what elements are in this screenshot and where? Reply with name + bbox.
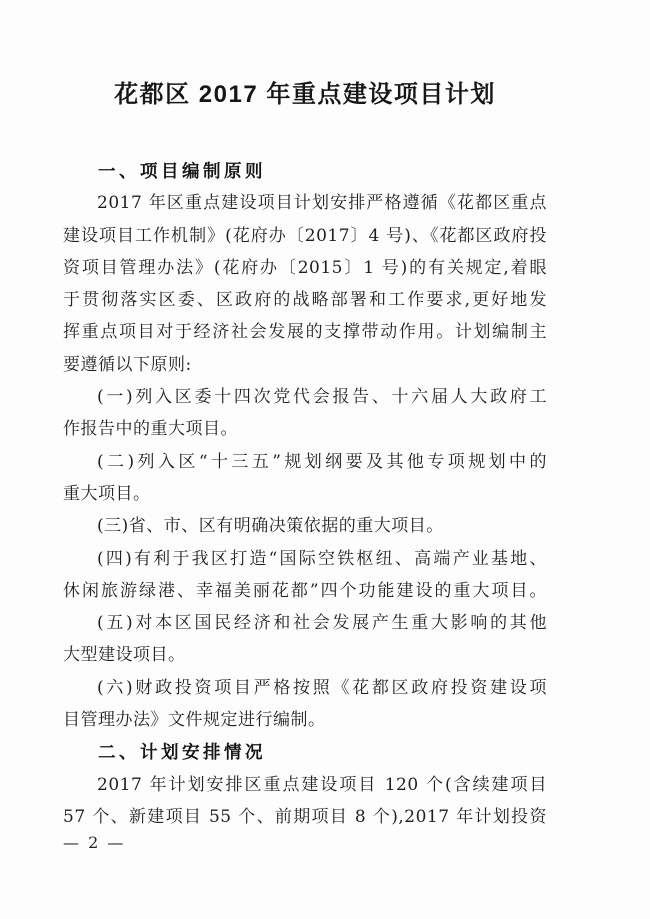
text-line: (六)财政投资项目严格按照《花都区政府投资建设项 bbox=[63, 672, 547, 704]
text-line: 作报告中的重大项目。 bbox=[63, 413, 547, 445]
text-line: 目管理办法》文件规定进行编制。 bbox=[63, 704, 547, 736]
section-heading: 一、项目编制原则 bbox=[63, 155, 547, 187]
text-line: (三)省、市、区有明确决策依据的重大项目。 bbox=[63, 510, 547, 542]
text-line: (四)有利于我区打造“国际空铁枢纽、高端产业基地、 bbox=[63, 543, 547, 575]
text-line: 休闲旅游绿港、幸福美丽花都”四个功能建设的重大项目。 bbox=[63, 575, 547, 607]
text-line: 要遵循以下原则: bbox=[63, 349, 547, 381]
text-line: 于贯彻落实区委、区政府的战略部署和工作要求,更好地发 bbox=[63, 284, 547, 316]
document-title: 花都区 2017 年重点建设项目计划 bbox=[63, 80, 547, 110]
text-line: 大型建设项目。 bbox=[63, 639, 547, 671]
text-line: 重大项目。 bbox=[63, 478, 547, 510]
document-body: 一、项目编制原则2017 年区重点建设项目计划安排严格遵循《花都区重点建设项目工… bbox=[63, 155, 547, 833]
text-line: 建设项目工作机制》(花府办〔2017〕4 号)、《花都区政府投 bbox=[63, 220, 547, 252]
text-line: (二)列入区“十三五”规划纲要及其他专项规划中的 bbox=[63, 446, 547, 478]
text-line: (一)列入区委十四次党代会报告、十六届人大政府工 bbox=[63, 381, 547, 413]
text-line: (五)对本区国民经济和社会发展产生重大影响的其他 bbox=[63, 607, 547, 639]
document-page: 花都区 2017 年重点建设项目计划 一、项目编制原则2017 年区重点建设项目… bbox=[0, 0, 650, 919]
text-line: 2017 年区重点建设项目计划安排严格遵循《花都区重点 bbox=[63, 187, 547, 219]
text-line: 资项目管理办法》(花府办〔2015〕1 号)的有关规定,着眼 bbox=[63, 252, 547, 284]
text-line: 57 个、新建项目 55 个、前期项目 8 个),2017 年计划投资 bbox=[63, 801, 547, 833]
text-line: 2017 年计划安排区重点建设项目 120 个(含续建项目 bbox=[63, 769, 547, 801]
page-number: — 2 — bbox=[63, 830, 125, 856]
section-heading: 二、计划安排情况 bbox=[63, 736, 547, 768]
text-line: 挥重点项目对于经济社会发展的支撑带动作用。计划编制主 bbox=[63, 316, 547, 348]
